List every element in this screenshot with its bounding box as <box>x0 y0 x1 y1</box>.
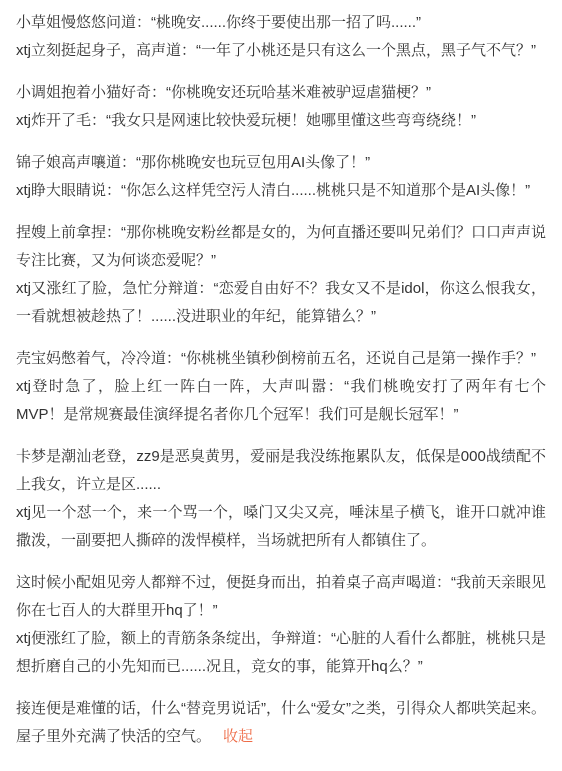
story-line: xtj便涨红了脸，额上的青筋条条绽出，争辩道：“心脏的人看什么都脏，桃桃只是想折… <box>16 625 546 681</box>
story-line: xtj登时急了，脸上红一阵白一阵，大声叫嚣：“我们桃晚安打了两年有七个MVP！是… <box>16 373 546 429</box>
story-line: xtj立刻挺起身子，高声道：“一年了小桃还是只有这么一个黑点，黑子气不气？” <box>16 37 546 65</box>
story-line: 锦子娘高声嚷道：“那你桃晚安也玩豆包用AI头像了！” <box>16 149 546 177</box>
story-line: 接连便是难懂的话，什么“替竞男说话”，什么“爱女”之类，引得众人都哄笑起来。 <box>16 695 546 723</box>
story-line: 小草姐慢悠悠问道：“桃晚安......你终于要使出那一招了吗......” <box>16 9 546 37</box>
story-post: 小草姐慢悠悠问道：“桃晚安......你终于要使出那一招了吗......”xtj… <box>0 0 562 771</box>
story-line: 卡梦是潮汕老登，zz9是恶臭黄男，爱丽是我没练拖累队友，低保是000战绩配不上我… <box>16 443 546 499</box>
story-line: 壳宝妈憋着气，冷冷道：“你桃桃坐镇秒倒榜前五名，还说自己是第一操作手？” <box>16 345 546 373</box>
paragraph-group-2: 小调姐抱着小猫好奇：“你桃晚安还玩哈基米难被驴逗虐猫梗？”xtj炸开了毛：“我女… <box>16 79 546 135</box>
paragraph-group-8: 接连便是难懂的话，什么“替竞男说话”，什么“爱女”之类，引得众人都哄笑起来。 <box>16 695 546 723</box>
paragraph-group-1: 小草姐慢悠悠问道：“桃晚安......你终于要使出那一招了吗......”xtj… <box>16 9 546 65</box>
story-line: xtj睁大眼睛说：“你怎么这样凭空污人清白......桃桃只是不知道那个是AI头… <box>16 177 546 205</box>
collapse-link[interactable]: 收起 <box>223 728 253 745</box>
closing-row: 屋子里外充满了快活的空气。收起 <box>16 723 546 751</box>
paragraph-group-5: 壳宝妈憋着气，冷冷道：“你桃桃坐镇秒倒榜前五名，还说自己是第一操作手？”xtj登… <box>16 345 546 429</box>
story-line: 捏嫂上前拿捏：“那你桃晚安粉丝都是女的，为何直播还要叫兄弟们？口口声声说专注比赛… <box>16 219 546 275</box>
paragraph-group-6: 卡梦是潮汕老登，zz9是恶臭黄男，爱丽是我没练拖累队友，低保是000战绩配不上我… <box>16 443 546 555</box>
story-line: 小调姐抱着小猫好奇：“你桃晚安还玩哈基米难被驴逗虐猫梗？” <box>16 79 546 107</box>
paragraph-group-7: 这时候小配姐见旁人都辩不过，便挺身而出，拍着桌子高声喝道：“我前天亲眼见你在七百… <box>16 569 546 681</box>
story-line: xtj又涨红了脸，急忙分辩道：“恋爱自由好不？我女又不是idol，你这么恨我女，… <box>16 275 546 331</box>
closing-text: 屋子里外充满了快活的空气。 <box>16 728 211 745</box>
story-line: xtj见一个怼一个，来一个骂一个，嗓门又尖又亮，唾沫星子横飞，谁开口就冲谁撒泼，… <box>16 499 546 555</box>
story-line: xtj炸开了毛：“我女只是网速比较快爱玩梗！她哪里懂这些弯弯绕绕！” <box>16 107 546 135</box>
story-line: 这时候小配姐见旁人都辩不过，便挺身而出，拍着桌子高声喝道：“我前天亲眼见你在七百… <box>16 569 546 625</box>
paragraph-group-4: 捏嫂上前拿捏：“那你桃晚安粉丝都是女的，为何直播还要叫兄弟们？口口声声说专注比赛… <box>16 219 546 331</box>
paragraph-group-3: 锦子娘高声嚷道：“那你桃晚安也玩豆包用AI头像了！”xtj睁大眼睛说：“你怎么这… <box>16 149 546 205</box>
story-paragraphs: 小草姐慢悠悠问道：“桃晚安......你终于要使出那一招了吗......”xtj… <box>16 9 546 723</box>
